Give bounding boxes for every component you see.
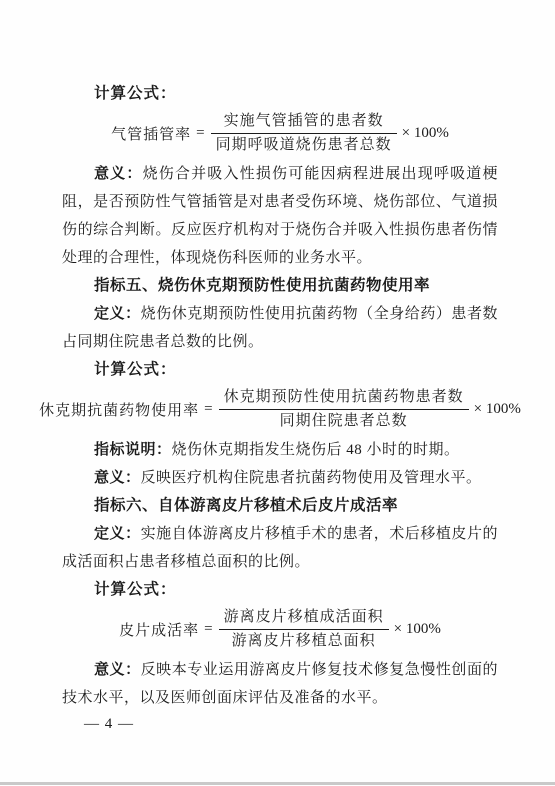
formula-skin-graft-survival-rate: 皮片成活率 = 游离皮片移植成活面积 游离皮片移植总面积 × 100% [62,607,498,652]
equals-sign: = [204,621,213,638]
fraction-denominator: 同期住院患者总数 [219,410,469,432]
page-content: 计算公式： 气管插管率 = 实施气管插管的患者数 同期呼吸道烧伤患者总数 × 1… [62,80,498,733]
significance-paragraph-indicator-5: 意义：反映医疗机构住院患者抗菌药物使用及管理水平。 [62,464,498,492]
fraction: 休克期预防性使用抗菌药物患者数 同期住院患者总数 [219,387,469,432]
fraction: 游离皮片移植成活面积 游离皮片移植总面积 [219,607,389,652]
scan-bottom-edge [0,782,555,785]
significance-text: 反映医疗机构住院患者抗菌药物使用及管理水平。 [141,470,482,486]
equals-sign: = [204,401,213,418]
formula-lhs: 休克期抗菌药物使用率 [39,399,199,420]
page-number: — 4 — [84,716,498,733]
scanned-document-page: 计算公式： 气管插管率 = 实施气管插管的患者数 同期呼吸道烧伤患者总数 × 1… [0,0,555,786]
significance-lead: 意义： [94,662,141,678]
formula-lhs: 气管插管率 [111,123,191,144]
significance-paragraph-indicator-6: 意义：反映本专业运用游离皮片修复技术修复急慢性创面的技术水平，以及医师创面床评估… [62,656,498,712]
fraction-numerator: 游离皮片移植成活面积 [219,607,389,630]
definition-paragraph-indicator-5: 定义：烧伤休克期预防性使用抗菌药物（全身给药）患者数占同期住院患者总数的比例。 [62,300,498,356]
times-100-percent: × 100% [394,621,441,638]
fraction-denominator: 游离皮片移植总面积 [219,630,389,652]
definition-lead: 定义： [94,526,141,542]
fraction-denominator: 同期呼吸道烧伤患者总数 [211,134,397,156]
formula-lhs: 皮片成活率 [119,619,199,640]
calc-formula-label-2: 计算公式： [62,356,498,384]
heading-indicator-6: 指标六、自体游离皮片移植术后皮片成活率 [62,492,498,520]
times-100-percent: × 100% [402,125,449,142]
significance-lead: 意义： [94,166,143,182]
calc-formula-label-1: 计算公式： [62,80,498,108]
indicator-note-text: 烧伤休克期指发生烧伤后 48 小时的时期。 [172,442,460,458]
significance-paragraph-indicator-4: 意义：烧伤合并吸入性损伤可能因病程进展出现呼吸道梗阻，是否预防性气管插管是对患者… [62,160,498,272]
equals-sign: = [196,125,205,142]
indicator-note-paragraph: 指标说明：烧伤休克期指发生烧伤后 48 小时的时期。 [62,436,498,464]
fraction-numerator: 休克期预防性使用抗菌药物患者数 [219,387,469,410]
formula-tracheal-intubation-rate: 气管插管率 = 实施气管插管的患者数 同期呼吸道烧伤患者总数 × 100% [62,111,498,156]
fraction: 实施气管插管的患者数 同期呼吸道烧伤患者总数 [211,111,397,156]
heading-indicator-5: 指标五、烧伤休克期预防性使用抗菌药物使用率 [62,272,498,300]
times-100-percent: × 100% [474,401,521,418]
indicator-note-lead: 指标说明： [94,442,172,458]
definition-lead: 定义： [94,306,141,322]
definition-paragraph-indicator-6: 定义：实施自体游离皮片移植手术的患者，术后移植皮片的成活面积占患者移植总面积的比… [62,520,498,576]
significance-lead: 意义： [94,470,141,486]
calc-formula-label-3: 计算公式： [62,576,498,604]
fraction-numerator: 实施气管插管的患者数 [211,111,397,134]
formula-shock-phase-antibiotic-usage-rate: 休克期抗菌药物使用率 = 休克期预防性使用抗菌药物患者数 同期住院患者总数 × … [62,387,498,432]
